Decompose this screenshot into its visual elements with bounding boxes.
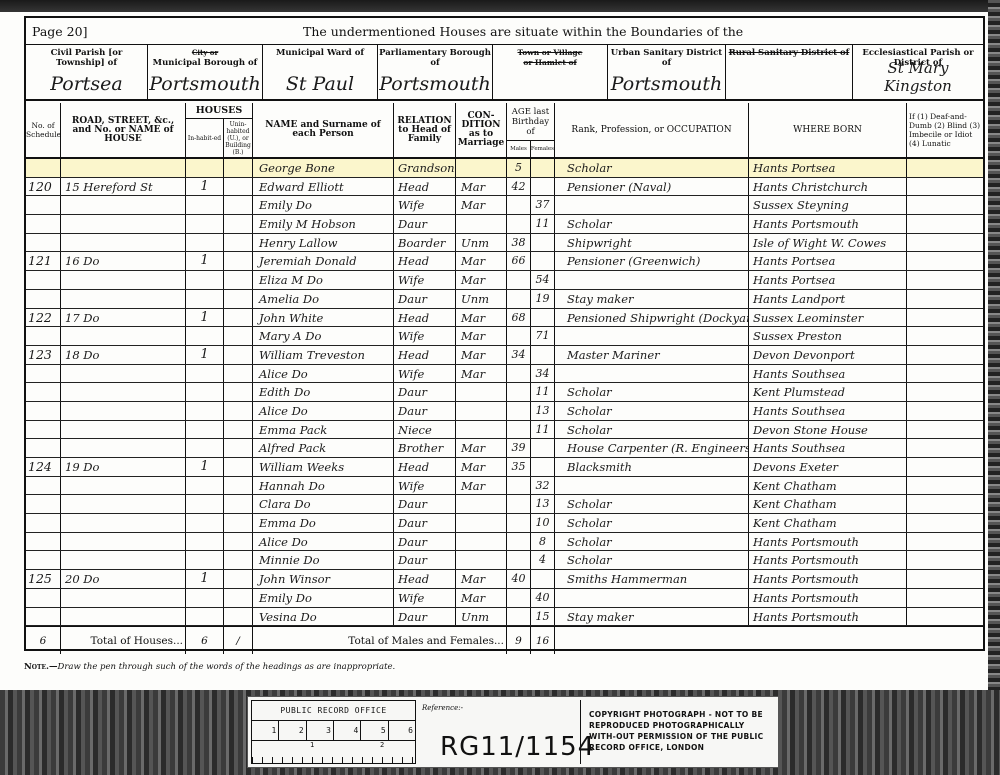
marital-condition xyxy=(456,383,507,401)
rural-sanitary-struck-label: Rural Sanitary District of xyxy=(726,48,852,58)
schedule-number xyxy=(26,477,61,495)
occupation xyxy=(555,365,749,383)
road-address xyxy=(61,514,186,532)
page-label: Page 20] xyxy=(32,24,87,39)
table-body: George BoneGrandson5ScholarHants Portsea… xyxy=(26,159,983,626)
female-age: 34 xyxy=(531,365,555,383)
schedule-number xyxy=(26,421,61,439)
relation: Boarder xyxy=(394,234,456,252)
male-age: 34 xyxy=(507,346,531,364)
marital-condition: Mar xyxy=(456,271,507,289)
male-age xyxy=(507,215,531,233)
road-address: 16 Do xyxy=(61,252,186,270)
census-page: Page 20] The undermentioned Houses are s… xyxy=(0,12,988,690)
table-row: Emily M HobsonDaur11ScholarHants Portsmo… xyxy=(26,215,983,234)
marital-condition: Mar xyxy=(456,346,507,364)
female-age xyxy=(531,159,555,177)
where-born: Hants Portsmouth xyxy=(749,570,907,588)
header-relation-label: RELATION to Head of Family xyxy=(394,117,455,144)
marital-condition: Mar xyxy=(456,196,507,214)
header-males: Males xyxy=(507,141,531,157)
note-prefix: Note.— xyxy=(24,662,58,672)
occupation: Scholar xyxy=(555,383,749,401)
inhabited-mark xyxy=(186,159,224,177)
header-relation: RELATION to Head of Family xyxy=(394,103,456,157)
schedule-number xyxy=(26,365,61,383)
relation: Daur xyxy=(394,290,456,308)
table-row: Vesina DoDaurUnm15Stay makerHants Portsm… xyxy=(26,608,983,627)
uninhabited-mark xyxy=(224,608,253,626)
female-age: 19 xyxy=(531,290,555,308)
occupation xyxy=(555,271,749,289)
inhabited-mark: 1 xyxy=(186,309,224,327)
uninhabited-mark xyxy=(224,570,253,588)
header-uninhabited: Unin-habited (U.), or Building (B.) xyxy=(224,119,252,157)
person-name: John White xyxy=(253,309,394,327)
header-age: AGE last Birthday of Males Females xyxy=(507,103,555,157)
schedule-number: 122 xyxy=(26,309,61,327)
where-born: Hants Portsmouth xyxy=(749,589,907,607)
marital-condition: Unm xyxy=(456,234,507,252)
where-born: Hants Portsmouth xyxy=(749,533,907,551)
relation: Daur xyxy=(394,514,456,532)
parliamentary-borough-value: Portsmouth xyxy=(378,73,492,95)
road-address: 19 Do xyxy=(61,458,186,476)
scale-number: 2 xyxy=(279,721,306,740)
ecclesiastical-parish-cell: Ecclesiastical Parish or District of St … xyxy=(853,45,983,99)
occupation: Scholar xyxy=(555,159,749,177)
town-village-struck-label: Town or Village or Hamlet of xyxy=(493,48,607,68)
person-name: Edith Do xyxy=(253,383,394,401)
relation: Daur xyxy=(394,402,456,420)
note-text: Draw the pen through such of the words o… xyxy=(58,662,396,672)
marital-condition xyxy=(456,495,507,513)
occupation xyxy=(555,327,749,345)
relation: Brother xyxy=(394,439,456,457)
public-record-office-block: PUBLIC RECORD OFFICE 1 2 3 4 5 6 1 2 xyxy=(251,700,416,764)
occupation: Scholar xyxy=(555,421,749,439)
road-address xyxy=(61,495,186,513)
male-age: 68 xyxy=(507,309,531,327)
where-born: Kent Plumstead xyxy=(749,383,907,401)
civil-parish-cell: Civil Parish [or Township] of Portsea xyxy=(26,45,148,99)
person-name: Emily Do xyxy=(253,589,394,607)
where-born: Kent Chatham xyxy=(749,477,907,495)
person-name: Henry Lallow xyxy=(253,234,394,252)
table-row: Alice DoDaur8ScholarHants Portsmouth xyxy=(26,533,983,552)
schedule-number: 120 xyxy=(26,178,61,196)
female-age: 32 xyxy=(531,477,555,495)
form-title-row: Page 20] The undermentioned Houses are s… xyxy=(26,18,983,45)
where-born: Hants Portsea xyxy=(749,271,907,289)
total-schedules: 6 xyxy=(26,627,61,654)
scale-number: 5 xyxy=(361,721,388,740)
where-born: Devon Stone House xyxy=(749,421,907,439)
infirmity xyxy=(907,309,983,327)
inhabited-mark xyxy=(186,365,224,383)
table-row: Emma DoDaur10ScholarKent Chatham xyxy=(26,514,983,533)
road-address xyxy=(61,271,186,289)
header-condition: CON-DITION as to Marriage xyxy=(456,103,507,157)
female-age: 71 xyxy=(531,327,555,345)
marital-condition: Unm xyxy=(456,608,507,626)
occupation: Pensioner (Greenwich) xyxy=(555,252,749,270)
road-address xyxy=(61,159,186,177)
marital-condition: Mar xyxy=(456,252,507,270)
infirmity xyxy=(907,570,983,588)
total-houses-uninhabited: / xyxy=(224,627,253,654)
marital-condition xyxy=(456,421,507,439)
occupation: Scholar xyxy=(555,551,749,569)
person-name: John Winsor xyxy=(253,570,394,588)
male-age xyxy=(507,271,531,289)
male-age xyxy=(507,533,531,551)
relation: Wife xyxy=(394,365,456,383)
female-age: 11 xyxy=(531,215,555,233)
male-age xyxy=(507,514,531,532)
schedule-number xyxy=(26,589,61,607)
inhabited-mark xyxy=(186,327,224,345)
infirmity xyxy=(907,252,983,270)
ecclesiastical-parish-value: St Mary Kingston xyxy=(853,59,983,95)
relation: Daur xyxy=(394,495,456,513)
schedule-number xyxy=(26,290,61,308)
marital-condition: Mar xyxy=(456,365,507,383)
reference-label: Reference:- xyxy=(422,704,463,712)
male-age: 5 xyxy=(507,159,531,177)
male-age: 38 xyxy=(507,234,531,252)
occupation: Master Mariner xyxy=(555,346,749,364)
infirmity xyxy=(907,196,983,214)
marital-condition xyxy=(456,215,507,233)
marital-condition: Mar xyxy=(456,477,507,495)
uninhabited-mark xyxy=(224,458,253,476)
road-address: 15 Hereford St xyxy=(61,178,186,196)
road-address xyxy=(61,551,186,569)
person-name: Eliza M Do xyxy=(253,271,394,289)
marital-condition xyxy=(456,533,507,551)
male-age xyxy=(507,402,531,420)
male-age xyxy=(507,551,531,569)
occupation: Scholar xyxy=(555,215,749,233)
road-address xyxy=(61,421,186,439)
table-row: 12318 Do1William TrevestonHeadMar34Maste… xyxy=(26,346,983,365)
uninhabited-mark xyxy=(224,178,253,196)
header-name-label: NAME and Surname of each Person xyxy=(253,121,393,139)
uninhabited-mark xyxy=(224,477,253,495)
infirmity xyxy=(907,608,983,626)
uninhabited-mark xyxy=(224,533,253,551)
header-name: NAME and Surname of each Person xyxy=(253,103,394,157)
female-age: 11 xyxy=(531,421,555,439)
table-row: Alfred PackBrotherMar39House Carpenter (… xyxy=(26,439,983,458)
inhabited-mark xyxy=(186,402,224,420)
inhabited-mark xyxy=(186,271,224,289)
infirmity xyxy=(907,402,983,420)
schedule-number: 123 xyxy=(26,346,61,364)
female-age: 10 xyxy=(531,514,555,532)
person-name: Emma Pack xyxy=(253,421,394,439)
uninhabited-mark xyxy=(224,365,253,383)
municipal-borough-cell: City or Municipal Borough of Portsmouth xyxy=(148,45,263,99)
municipal-ward-cell: Municipal Ward of St Paul xyxy=(263,45,378,99)
relation: Wife xyxy=(394,477,456,495)
person-name: Alice Do xyxy=(253,402,394,420)
form-note: Note.—Draw the pen through such of the w… xyxy=(24,662,395,672)
uninhabited-mark xyxy=(224,589,253,607)
where-born: Hants Portsmouth xyxy=(749,608,907,626)
person-name: Alfred Pack xyxy=(253,439,394,457)
female-age: 13 xyxy=(531,402,555,420)
header-condition-label: CON-DITION as to Marriage xyxy=(456,112,506,148)
where-born: Hants Southsea xyxy=(749,439,907,457)
uninhabited-mark xyxy=(224,495,253,513)
uninhabited-mark xyxy=(224,514,253,532)
infirmity xyxy=(907,327,983,345)
table-row: Alice DoWifeMar34Hants Southsea xyxy=(26,365,983,384)
infirmity xyxy=(907,215,983,233)
scan-border-right xyxy=(988,0,1000,775)
schedule-number xyxy=(26,402,61,420)
where-born: Sussex Steyning xyxy=(749,196,907,214)
marital-condition: Mar xyxy=(456,570,507,588)
road-address xyxy=(61,215,186,233)
uninhabited-mark xyxy=(224,551,253,569)
uninhabited-mark xyxy=(224,327,253,345)
male-age xyxy=(507,421,531,439)
person-name: Emily Do xyxy=(253,196,394,214)
relation: Daur xyxy=(394,551,456,569)
header-inhabited: In-habit-ed xyxy=(186,119,224,157)
infirmity xyxy=(907,234,983,252)
female-age: 15 xyxy=(531,608,555,626)
person-name: Edward Elliott xyxy=(253,178,394,196)
schedule-number: 124 xyxy=(26,458,61,476)
inhabited-mark xyxy=(186,383,224,401)
relation: Grandson xyxy=(394,159,456,177)
occupation: Blacksmith xyxy=(555,458,749,476)
parliamentary-borough-label: Parliamentary Borough of xyxy=(378,48,492,68)
female-age xyxy=(531,570,555,588)
person-name: Amelia Do xyxy=(253,290,394,308)
where-born: Devon Devonport xyxy=(749,346,907,364)
uninhabited-mark xyxy=(224,196,253,214)
occupation: Scholar xyxy=(555,514,749,532)
person-name: Alice Do xyxy=(253,365,394,383)
where-born: Kent Chatham xyxy=(749,495,907,513)
relation: Daur xyxy=(394,383,456,401)
table-row: Alice DoDaur13ScholarHants Southsea xyxy=(26,402,983,421)
schedule-number xyxy=(26,495,61,513)
uninhabited-mark xyxy=(224,215,253,233)
inhabited-mark xyxy=(186,215,224,233)
schedule-number xyxy=(26,551,61,569)
relation: Niece xyxy=(394,421,456,439)
scale-number: 4 xyxy=(334,721,361,740)
occupation: Scholar xyxy=(555,402,749,420)
relation: Wife xyxy=(394,327,456,345)
infirmity xyxy=(907,346,983,364)
inhabited-mark: 1 xyxy=(186,178,224,196)
table-row: 12217 Do1John WhiteHeadMar68Pensioned Sh… xyxy=(26,309,983,328)
inhabited-mark xyxy=(186,196,224,214)
inhabited-mark xyxy=(186,439,224,457)
civil-parish-label: Civil Parish [or Township] of xyxy=(26,48,147,68)
uninhabited-mark xyxy=(224,309,253,327)
inhabited-mark xyxy=(186,421,224,439)
table-row: Hannah DoWifeMar32Kent Chatham xyxy=(26,477,983,496)
female-age: 4 xyxy=(531,551,555,569)
table-row: 12419 Do1William WeeksHeadMar35Blacksmit… xyxy=(26,458,983,477)
copyright-notice: COPYRIGHT PHOTOGRAPH - NOT TO BE REPRODU… xyxy=(581,697,778,767)
marital-condition xyxy=(456,402,507,420)
relation: Daur xyxy=(394,215,456,233)
parliamentary-borough-cell: Parliamentary Borough of Portsmouth xyxy=(378,45,493,99)
table-row-highlighted: George BoneGrandson5ScholarHants Portsea xyxy=(26,159,983,178)
total-blank xyxy=(555,627,983,654)
schedule-number xyxy=(26,196,61,214)
ruler-number: 1 xyxy=(310,741,314,749)
female-age: 40 xyxy=(531,589,555,607)
female-age: 54 xyxy=(531,271,555,289)
female-age xyxy=(531,178,555,196)
male-age xyxy=(507,196,531,214)
marital-condition: Mar xyxy=(456,458,507,476)
where-born: Hants Christchurch xyxy=(749,178,907,196)
marital-condition xyxy=(456,551,507,569)
urban-sanitary-cell: Urban Sanitary District of Portsmouth xyxy=(608,45,726,99)
schedule-number xyxy=(26,327,61,345)
table-row: Emily DoWifeMar37Sussex Steyning xyxy=(26,196,983,215)
infirmity xyxy=(907,551,983,569)
header-houses-label: HOUSES xyxy=(186,103,252,119)
uninhabited-mark xyxy=(224,439,253,457)
relation: Wife xyxy=(394,196,456,214)
uninhabited-mark xyxy=(224,421,253,439)
urban-sanitary-label: Urban Sanitary District of xyxy=(608,48,725,68)
table-row: Henry LallowBoarderUnm38ShipwrightIsle o… xyxy=(26,234,983,253)
road-address xyxy=(61,327,186,345)
female-age: 13 xyxy=(531,495,555,513)
female-age xyxy=(531,346,555,364)
infirmity xyxy=(907,365,983,383)
male-age xyxy=(507,477,531,495)
table-row: Minnie DoDaur4ScholarHants Portsmouth xyxy=(26,551,983,570)
male-age xyxy=(507,608,531,626)
schedule-number xyxy=(26,215,61,233)
scale-number: 6 xyxy=(389,721,415,740)
occupation xyxy=(555,477,749,495)
table-row: 12015 Hereford St1Edward ElliottHeadMar4… xyxy=(26,178,983,197)
marital-condition: Mar xyxy=(456,589,507,607)
road-address xyxy=(61,365,186,383)
infirmity xyxy=(907,159,983,177)
where-born: Hants Landport xyxy=(749,290,907,308)
table-row: Edith DoDaur11ScholarKent Plumstead xyxy=(26,383,983,402)
female-age: 8 xyxy=(531,533,555,551)
archive-stamp: PUBLIC RECORD OFFICE 1 2 3 4 5 6 1 2 Ref… xyxy=(247,696,779,768)
uninhabited-mark xyxy=(224,346,253,364)
female-age: 11 xyxy=(531,383,555,401)
infirmity xyxy=(907,271,983,289)
boundaries-row: Civil Parish [or Township] of Portsea Ci… xyxy=(26,45,983,101)
marital-condition: Mar xyxy=(456,178,507,196)
municipal-ward-value: St Paul xyxy=(263,73,377,95)
uninhabited-mark xyxy=(224,234,253,252)
inhabited-mark: 1 xyxy=(186,458,224,476)
infirmity xyxy=(907,178,983,196)
occupation: Pensioned Shipwright (Dockyard) xyxy=(555,309,749,327)
inhabited-mark xyxy=(186,495,224,513)
total-males: 9 xyxy=(507,627,531,654)
inhabited-mark xyxy=(186,533,224,551)
schedule-number xyxy=(26,439,61,457)
schedule-number xyxy=(26,383,61,401)
male-age xyxy=(507,327,531,345)
where-born: Hants Southsea xyxy=(749,365,907,383)
table-row: Clara DoDaur13ScholarKent Chatham xyxy=(26,495,983,514)
urban-sanitary-value: Portsmouth xyxy=(608,73,725,95)
header-females: Females xyxy=(531,141,554,157)
where-born: Hants Portsea xyxy=(749,159,907,177)
form-title: The undermentioned Houses are situate wi… xyxy=(303,24,743,39)
where-born: Devons Exeter xyxy=(749,458,907,476)
uninhabited-mark xyxy=(224,252,253,270)
female-age xyxy=(531,458,555,476)
male-age xyxy=(507,495,531,513)
male-age: 66 xyxy=(507,252,531,270)
infirmity xyxy=(907,290,983,308)
female-age xyxy=(531,439,555,457)
person-name: William Treveston xyxy=(253,346,394,364)
marital-condition: Mar xyxy=(456,309,507,327)
uninhabited-mark xyxy=(224,271,253,289)
uninhabited-mark xyxy=(224,383,253,401)
schedule-number: 125 xyxy=(26,570,61,588)
infirmity xyxy=(907,495,983,513)
male-age xyxy=(507,383,531,401)
occupation: Smiths Hammerman xyxy=(555,570,749,588)
male-age: 42 xyxy=(507,178,531,196)
infirmity xyxy=(907,383,983,401)
census-table: No. of Schedule ROAD, STREET, &c., and N… xyxy=(26,103,983,654)
road-address: 20 Do xyxy=(61,570,186,588)
person-name: Emma Do xyxy=(253,514,394,532)
road-address: 17 Do xyxy=(61,309,186,327)
inhabited-mark: 1 xyxy=(186,252,224,270)
municipal-borough-label: Municipal Borough of xyxy=(148,58,262,68)
female-age: 37 xyxy=(531,196,555,214)
person-name: George Bone xyxy=(253,159,394,177)
road-address xyxy=(61,196,186,214)
municipal-borough-value: Portsmouth xyxy=(148,73,262,95)
inhabited-mark xyxy=(186,234,224,252)
uninhabited-mark xyxy=(224,159,253,177)
road-address xyxy=(61,439,186,457)
schedule-number xyxy=(26,608,61,626)
total-houses-label: Total of Houses... xyxy=(61,627,186,654)
person-name: William Weeks xyxy=(253,458,394,476)
table-row: 12116 Do1Jeremiah DonaldHeadMar66Pension… xyxy=(26,252,983,271)
relation: Daur xyxy=(394,608,456,626)
relation: Head xyxy=(394,346,456,364)
relation: Head xyxy=(394,458,456,476)
schedule-number xyxy=(26,159,61,177)
reference-value: RG11/1154 xyxy=(440,732,595,762)
header-road: ROAD, STREET, &c., and No. or NAME of HO… xyxy=(61,103,186,157)
infirmity xyxy=(907,458,983,476)
occupation xyxy=(555,196,749,214)
